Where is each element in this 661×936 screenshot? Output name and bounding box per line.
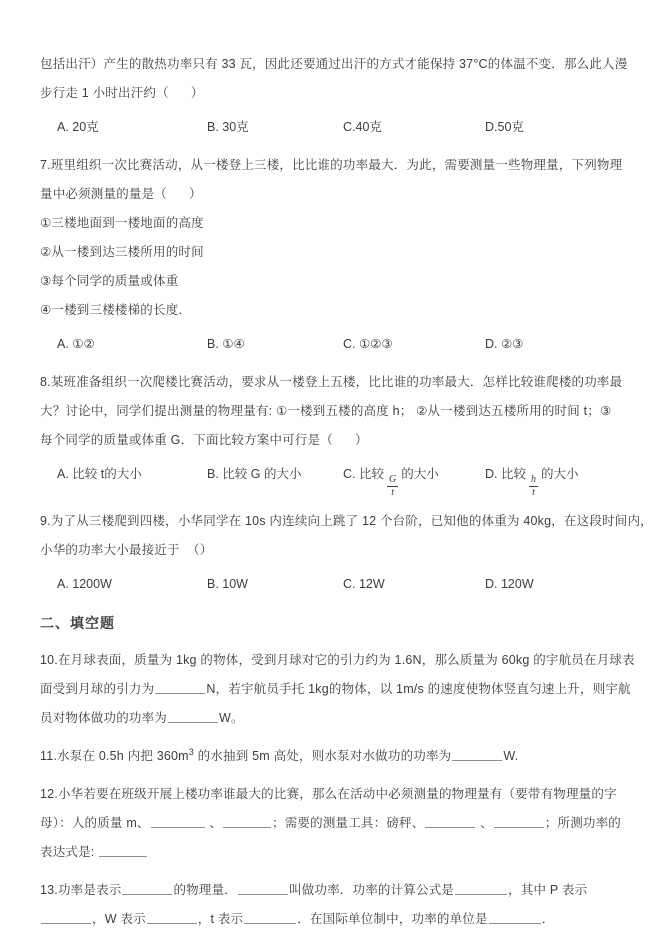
question-line: 员对物体做功的功率为W。 bbox=[40, 704, 623, 733]
text-run: W。 bbox=[219, 711, 244, 725]
text-run: ，其中 P 表示 bbox=[508, 883, 587, 897]
question-line: 大？讨论中，同学们提出测量的物理量有: ①一楼到五楼的高度 h； ②从一楼到达五… bbox=[40, 397, 623, 426]
text-run: C.40克 bbox=[343, 120, 382, 134]
text-run: 11.水泵在 0.5h 内把 360m bbox=[40, 749, 189, 763]
question-7-options: A. ①②B. ①④C. ①②③D. ②③ bbox=[40, 330, 623, 359]
fraction: ht bbox=[529, 474, 538, 498]
fill-in-section-header: 二、填空题 bbox=[40, 608, 623, 638]
question-13: 13.功率是表示的物理量．叫做功率．功率的计算公式是，其中 P 表示，W 表示，… bbox=[40, 876, 623, 934]
text-run: B. ①④ bbox=[207, 337, 245, 351]
text-run: 每个同学的质量或体重 G．下面比较方案中可行是（ ） bbox=[40, 433, 368, 447]
blank-field bbox=[151, 814, 205, 828]
text-run: C. ①②③ bbox=[343, 337, 393, 351]
text-run: 12.小华若要在班级开展上楼功率谁最大的比赛，那么在活动中必须测量的物理量有（要… bbox=[40, 787, 617, 801]
text-run: D. 比较 bbox=[485, 467, 526, 481]
blank-field bbox=[41, 910, 91, 924]
question-line: 每个同学的质量或体重 G．下面比较方案中可行是（ ） bbox=[40, 426, 623, 455]
text-run: 的物理量． bbox=[173, 883, 237, 897]
question-7: 7.班里组织一次比赛活动，从一楼登上三楼，比比谁的功率最大．为此，需要测量一些物… bbox=[40, 151, 623, 359]
question-6-continuation-options: A. 20克B. 30克C.40克D.50克 bbox=[40, 113, 623, 142]
question-8-option-a: A. 比较 t的大小 bbox=[57, 460, 207, 498]
blank-field bbox=[494, 814, 544, 828]
worksheet-page: 包括出汗）产生的散热功率只有 33 瓦，因此还要通过出汗的方式才能保持 37°C… bbox=[0, 0, 661, 936]
question-7-option-a: A. ①② bbox=[57, 330, 207, 359]
blank-field bbox=[244, 910, 296, 924]
question-8-option-d: D. 比较ht的大小 bbox=[485, 460, 623, 498]
text-run: 、 bbox=[476, 816, 492, 830]
text-run: ③每个同学的质量或体重 bbox=[40, 274, 178, 288]
fraction-denominator: t bbox=[530, 487, 537, 499]
fraction-numerator: h bbox=[529, 474, 538, 487]
question-9-option-a: A. 1200W bbox=[57, 570, 207, 599]
text-run: W. bbox=[503, 749, 518, 763]
question-line: ③每个同学的质量或体重 bbox=[40, 267, 623, 296]
question-9-option-d: D. 120W bbox=[485, 570, 623, 599]
text-run: A. 比较 t的大小 bbox=[57, 467, 142, 481]
text-run: 、 bbox=[206, 816, 222, 830]
text-run: N，若宇航员手托 1kg的物体，以 1m/s 的速度使物体竖直匀速上升，则宇航 bbox=[206, 682, 631, 696]
question-line: ，W 表示，t 表示．在国际单位制中，功率的单位是． bbox=[40, 905, 623, 934]
question-10: 10.在月球表面，质量为 1kg 的物体，受到月球对它的引力约为 1.6N，那么… bbox=[40, 646, 623, 733]
text-run: 的大小 bbox=[401, 467, 439, 481]
question-line: 量中必须测量的量是（ ） bbox=[40, 180, 623, 209]
question-6-continuation-option-b: B. 30克 bbox=[207, 113, 343, 142]
blank-field bbox=[452, 747, 502, 761]
text-run: C. 12W bbox=[343, 577, 385, 591]
text-run: ；所测功率的 bbox=[545, 816, 621, 830]
blank-field bbox=[155, 680, 205, 694]
text-run: 面受到月球的引力为 bbox=[40, 682, 154, 696]
fraction-denominator: t bbox=[389, 487, 396, 499]
question-8-option-b: B. 比较 G 的大小 bbox=[207, 460, 343, 498]
text-run: 叫做功率．功率的计算公式是 bbox=[289, 883, 454, 897]
question-8-options: A. 比较 t的大小B. 比较 G 的大小C. 比较Gt的大小D. 比较ht的大… bbox=[40, 460, 623, 498]
text-run: 大？讨论中，同学们提出测量的物理量有: ①一楼到五楼的高度 h； ②从一楼到达五… bbox=[40, 404, 611, 418]
text-run: B. 比较 G 的大小 bbox=[207, 467, 301, 481]
text-run: ④一楼到三楼楼梯的长度． bbox=[40, 303, 191, 317]
question-6-continuation-option-a: A. 20克 bbox=[57, 113, 207, 142]
question-9: 9.为了从三楼爬到四楼，小华同学在 10s 内连续向上跳了 12 个台阶，已知他… bbox=[40, 507, 623, 599]
text-run: 表达式是: bbox=[40, 845, 98, 859]
question-line: 10.在月球表面，质量为 1kg 的物体，受到月球对它的引力约为 1.6N，那么… bbox=[40, 646, 623, 675]
question-6-continuation-option-c: C.40克 bbox=[343, 113, 485, 142]
text-run: 7.班里组织一次比赛活动，从一楼登上三楼，比比谁的功率最大．为此，需要测量一些物… bbox=[40, 158, 622, 172]
question-line: 母）：人的质量 m、 、；需要的测量工具：磅秤、 、；所测功率的 bbox=[40, 809, 623, 838]
text-run: B. 10W bbox=[207, 577, 248, 591]
question-9-option-b: B. 10W bbox=[207, 570, 343, 599]
blank-field bbox=[223, 814, 271, 828]
text-run: ①三楼地面到一楼地面的高度 bbox=[40, 216, 204, 230]
blank-field bbox=[238, 881, 288, 895]
text-run: 13.功率是表示 bbox=[40, 883, 121, 897]
question-line: 7.班里组织一次比赛活动，从一楼登上三楼，比比谁的功率最大．为此，需要测量一些物… bbox=[40, 151, 623, 180]
text-run: 量中必须测量的量是（ ） bbox=[40, 187, 202, 201]
question-line: ①三楼地面到一楼地面的高度 bbox=[40, 209, 623, 238]
blank-field bbox=[99, 843, 147, 857]
text-run: D.50克 bbox=[485, 120, 524, 134]
question-6-continuation: 包括出汗）产生的散热功率只有 33 瓦，因此还要通过出汗的方式才能保持 37°C… bbox=[40, 50, 623, 142]
text-run: ．在国际单位制中，功率的单位是 bbox=[297, 912, 488, 926]
text-run: A. 20克 bbox=[57, 120, 99, 134]
text-run: ，t 表示 bbox=[198, 912, 243, 926]
text-run: ，W 表示 bbox=[92, 912, 146, 926]
text-run: 的水抽到 5m 高处，则水泵对水做功的功率为 bbox=[194, 749, 451, 763]
question-8: 8.某班准备组织一次爬楼比赛活动，要求从一楼登上五楼，比比谁的功率最大．怎样比较… bbox=[40, 368, 623, 498]
text-run: 小华的功率大小最接近于 （） bbox=[40, 543, 212, 557]
fraction: Gt bbox=[387, 474, 398, 498]
text-run: A. ①② bbox=[57, 337, 95, 351]
question-line: 8.某班准备组织一次爬楼比赛活动，要求从一楼登上五楼，比比谁的功率最大．怎样比较… bbox=[40, 368, 623, 397]
question-line: 面受到月球的引力为N，若宇航员手托 1kg的物体，以 1m/s 的速度使物体竖直… bbox=[40, 675, 623, 704]
text-run: D. 120W bbox=[485, 577, 534, 591]
blank-field bbox=[122, 881, 172, 895]
question-9-option-c: C. 12W bbox=[343, 570, 485, 599]
text-run: 包括出汗）产生的散热功率只有 33 瓦，因此还要通过出汗的方式才能保持 37°C… bbox=[40, 57, 627, 71]
text-run: A. 1200W bbox=[57, 577, 112, 591]
question-line: 包括出汗）产生的散热功率只有 33 瓦，因此还要通过出汗的方式才能保持 37°C… bbox=[40, 50, 623, 79]
text-run: 员对物体做功的功率为 bbox=[40, 711, 167, 725]
text-run: 母）：人的质量 m、 bbox=[40, 816, 150, 830]
question-7-option-d: D. ②③ bbox=[485, 330, 623, 359]
text-run: ②从一楼到达三楼所用的时间 bbox=[40, 245, 204, 259]
blank-field bbox=[425, 814, 475, 828]
question-line: 13.功率是表示的物理量．叫做功率．功率的计算公式是，其中 P 表示 bbox=[40, 876, 623, 905]
question-8-option-c: C. 比较Gt的大小 bbox=[343, 460, 485, 498]
question-line: 11.水泵在 0.5h 内把 360m3 的水抽到 5m 高处，则水泵对水做功的… bbox=[40, 742, 623, 771]
blank-field bbox=[147, 910, 197, 924]
question-line: 小华的功率大小最接近于 （） bbox=[40, 536, 623, 565]
text-run: 的大小 bbox=[541, 467, 579, 481]
question-7-option-b: B. ①④ bbox=[207, 330, 343, 359]
blank-field bbox=[455, 881, 507, 895]
text-run: 9.为了从三楼爬到四楼，小华同学在 10s 内连续向上跳了 12 个台阶，已知他… bbox=[40, 514, 653, 528]
question-line: 12.小华若要在班级开展上楼功率谁最大的比赛，那么在活动中必须测量的物理量有（要… bbox=[40, 780, 623, 809]
question-11: 11.水泵在 0.5h 内把 360m3 的水抽到 5m 高处，则水泵对水做功的… bbox=[40, 742, 623, 771]
text-run: ；需要的测量工具：磅秤、 bbox=[272, 816, 424, 830]
question-line: ④一楼到三楼楼梯的长度． bbox=[40, 296, 623, 325]
text-run: C. 比较 bbox=[343, 467, 384, 481]
question-line: ②从一楼到达三楼所用的时间 bbox=[40, 238, 623, 267]
question-line: 表达式是: bbox=[40, 838, 623, 867]
text-run: B. 30克 bbox=[207, 120, 249, 134]
text-run: 8.某班准备组织一次爬楼比赛活动，要求从一楼登上五楼，比比谁的功率最大．怎样比较… bbox=[40, 375, 622, 389]
question-line: 步行走 1 小时出汗约（ ） bbox=[40, 79, 623, 108]
blank-field bbox=[489, 910, 541, 924]
question-6-continuation-option-d: D.50克 bbox=[485, 113, 623, 142]
question-line: 9.为了从三楼爬到四楼，小华同学在 10s 内连续向上跳了 12 个台阶，已知他… bbox=[40, 507, 623, 536]
question-12: 12.小华若要在班级开展上楼功率谁最大的比赛，那么在活动中必须测量的物理量有（要… bbox=[40, 780, 623, 867]
text-run: 步行走 1 小时出汗约（ ） bbox=[40, 86, 204, 100]
blank-field bbox=[168, 709, 218, 723]
text-run: 10.在月球表面，质量为 1kg 的物体，受到月球对它的引力约为 1.6N，那么… bbox=[40, 653, 635, 667]
text-run: ． bbox=[542, 912, 555, 926]
text-run: D. ②③ bbox=[485, 337, 523, 351]
question-7-option-c: C. ①②③ bbox=[343, 330, 485, 359]
fraction-numerator: G bbox=[387, 474, 398, 487]
question-9-options: A. 1200WB. 10WC. 12WD. 120W bbox=[40, 570, 623, 599]
